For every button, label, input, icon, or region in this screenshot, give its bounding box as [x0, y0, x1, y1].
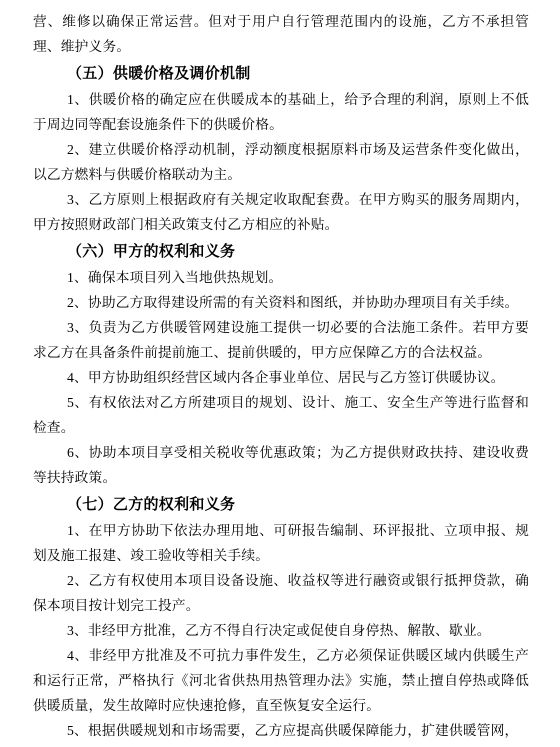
- body-paragraph: 5、根据供暖规划和市场需要，乙方应提高供暖保障能力，扩建供暖管网，: [33, 718, 529, 743]
- section-heading-7: （七）乙方的权利和义务: [33, 492, 529, 517]
- body-paragraph: 4、甲方协助组织经营区域内各企事业单位、居民与乙方签订供暖协议。: [33, 365, 529, 390]
- body-paragraph: 2、协助乙方取得建设所需的有关资料和图纸，并协助办理项目有关手续。: [33, 290, 529, 315]
- body-paragraph: 6、协助本项目享受相关税收等优惠政策；为乙方提供财政扶持、建设收费等扶持政策。: [33, 440, 529, 490]
- body-paragraph: 4、非经甲方批准及不可抗力事件发生，乙方必须保证供暖区域内供暖生产和运行正常，严…: [33, 643, 529, 718]
- body-paragraph: 1、供暖价格的确定应在供暖成本的基础上，给予合理的利润，原则上不低于周边同等配套…: [33, 87, 529, 137]
- document-page: 营、维修以确保正常运营。但对于用户自行管理范围内的设施，乙方不承担管理、维护义务…: [0, 0, 560, 747]
- body-paragraph: 2、建立供暖价格浮动机制，浮动额度根据原料市场及运营条件变化做出，以乙方燃料与供…: [33, 137, 529, 187]
- body-paragraph: 3、乙方原则上根据政府有关规定收取配套费。在甲方购买的服务周期内，甲方按照财政部…: [33, 187, 529, 237]
- body-paragraph: 5、有权依法对乙方所建项目的规划、设计、施工、安全生产等进行监督和检查。: [33, 390, 529, 440]
- body-paragraph: 3、非经甲方批准，乙方不得自行决定或促使自身停热、解散、歇业。: [33, 618, 529, 643]
- section-heading-5: （五）供暖价格及调价机制: [33, 61, 529, 86]
- body-paragraph: 3、负责为乙方供暖管网建设施工提供一切必要的合法施工条件。若甲方要求乙方在具备条…: [33, 315, 529, 365]
- body-paragraph-continued: 营、维修以确保正常运营。但对于用户自行管理范围内的设施，乙方不承担管理、维护义务…: [33, 9, 529, 59]
- section-heading-6: （六）甲方的权利和义务: [33, 239, 529, 264]
- body-paragraph: 1、确保本项目列入当地供热规划。: [33, 265, 529, 290]
- body-paragraph: 1、在甲方协助下依法办理用地、可研报告编制、环评报批、立项申报、规划及施工报建、…: [33, 518, 529, 568]
- body-paragraph: 2、乙方有权使用本项目设备设施、收益权等进行融资或银行抵押贷款，确保本项目按计划…: [33, 568, 529, 618]
